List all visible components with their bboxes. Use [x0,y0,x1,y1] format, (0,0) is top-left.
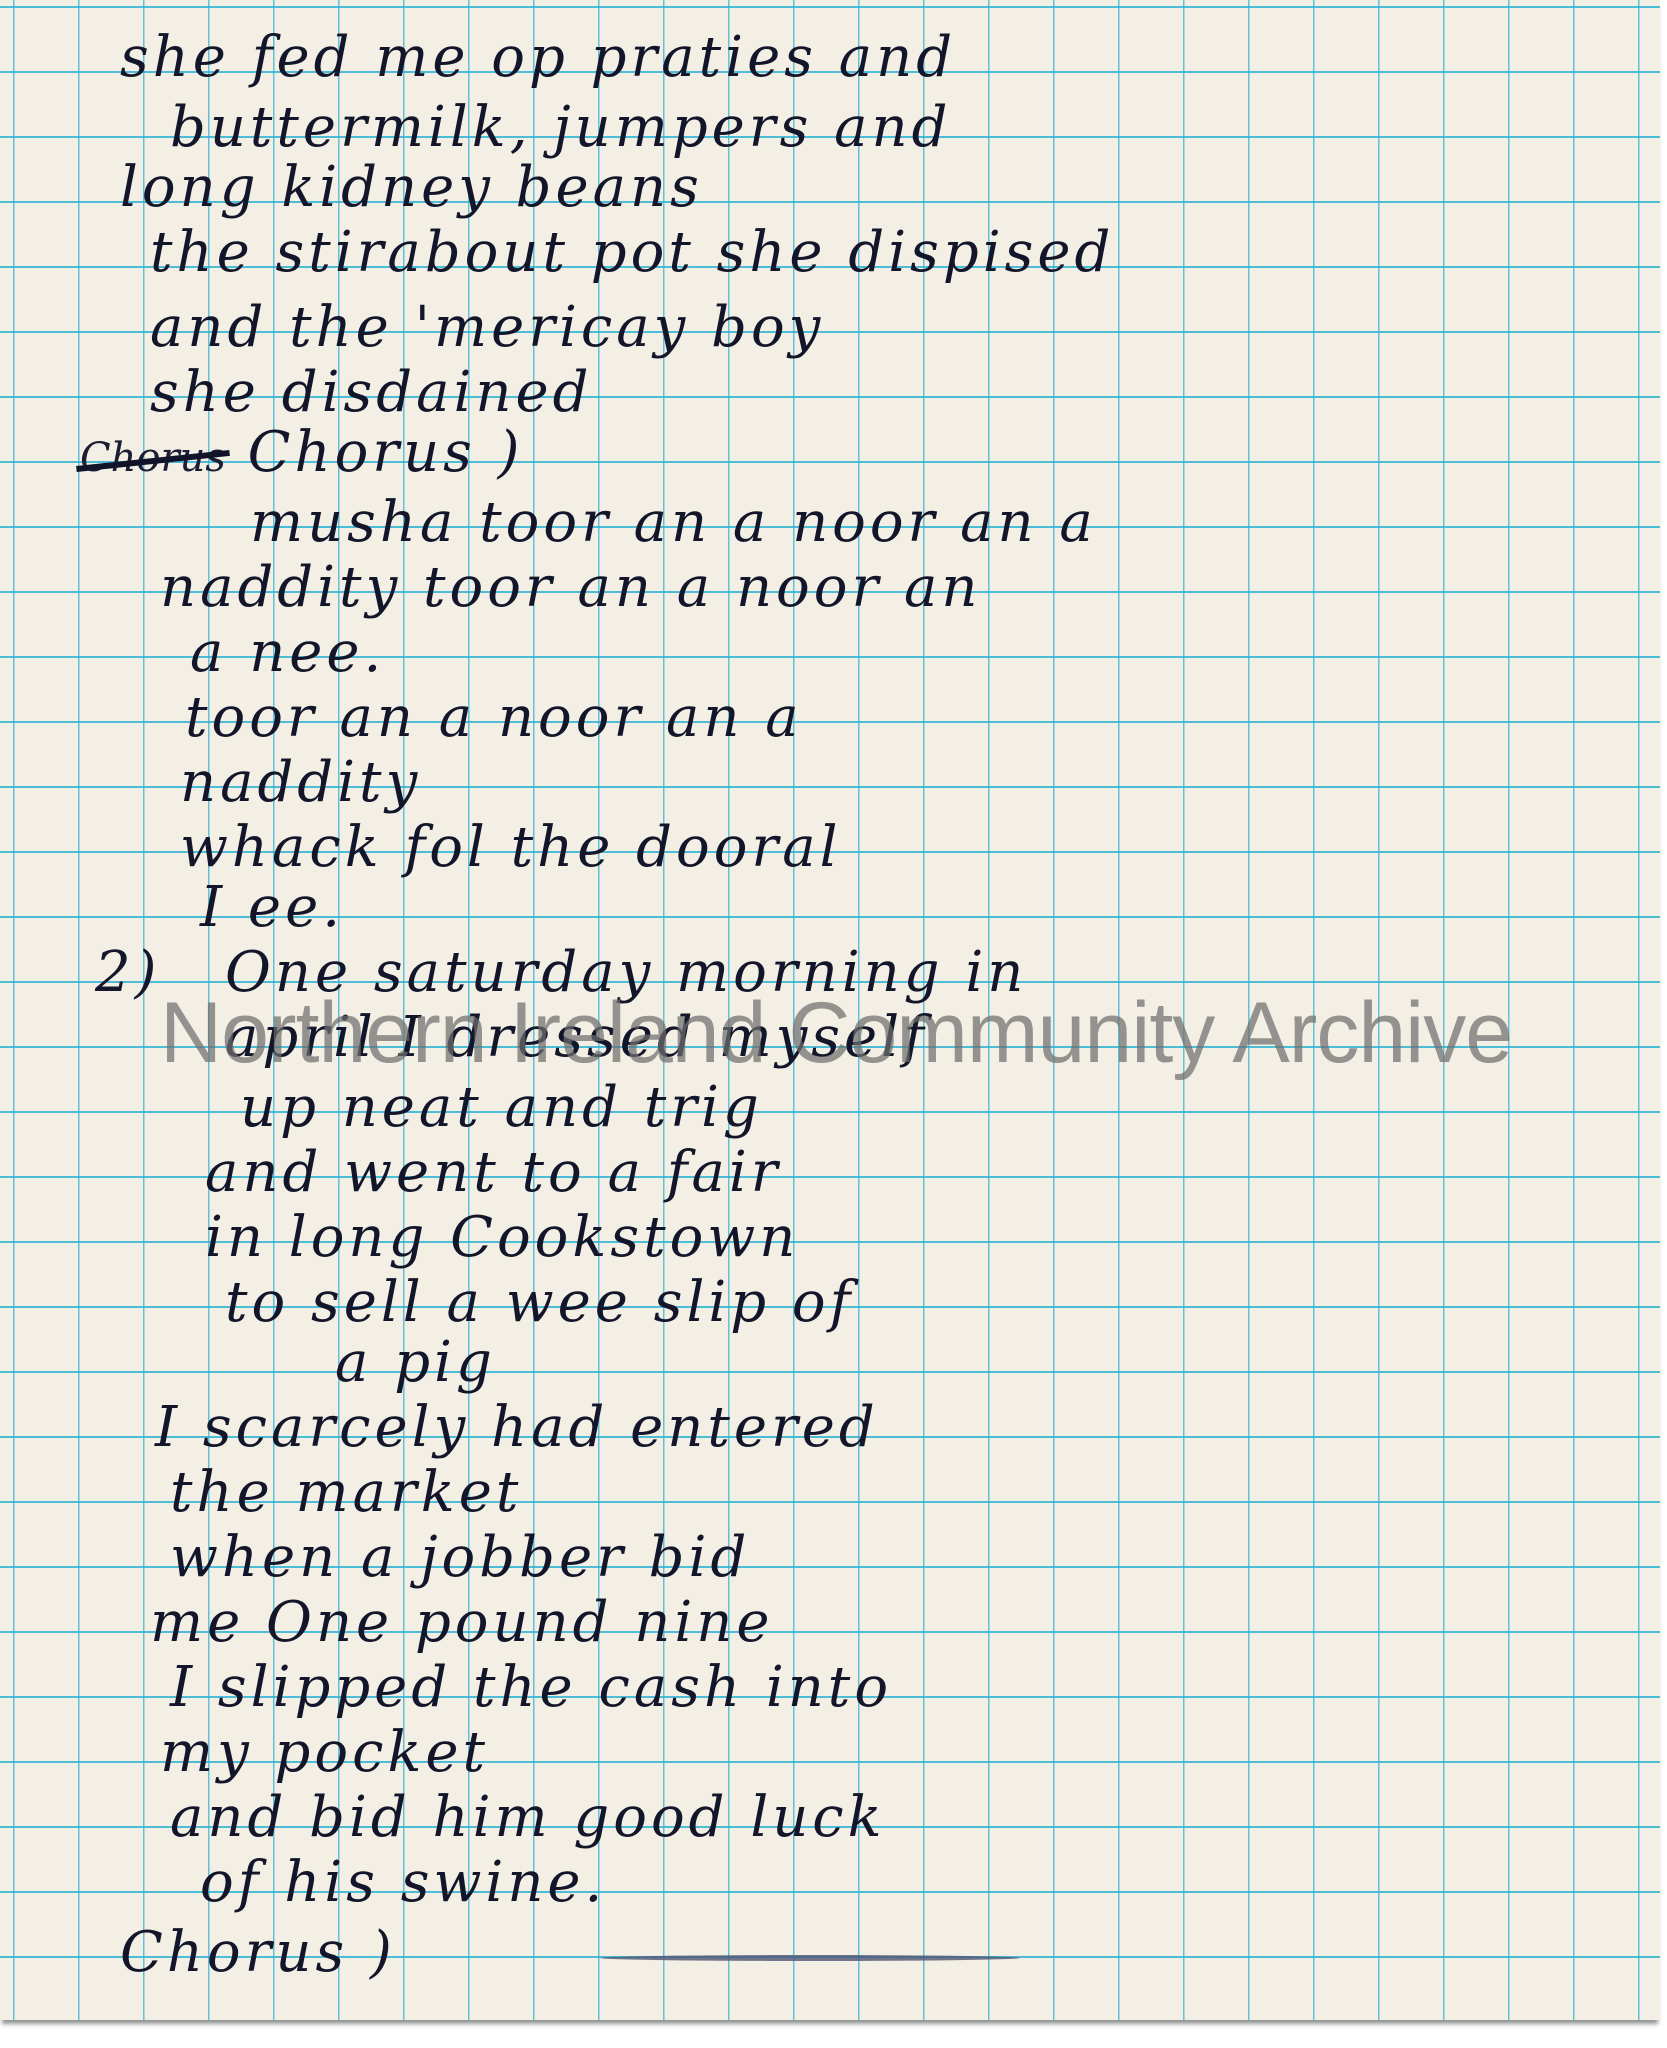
chorus-label-text: Chorus ) [248,420,524,485]
chorus-line: naddity [180,755,421,811]
pen-stroke [600,1955,1020,1961]
chorus-line: musha toor an a noor an a [250,495,1097,551]
chorus-line: I ee. [200,880,344,936]
chorus-line: whack fol the dooral [180,820,842,876]
graph-paper-page: she fed me op praties and buttermilk, ju… [0,0,1660,2020]
struck-out-word: Chorus [80,435,226,481]
chorus-label: Chorus ) [120,1925,396,1981]
lyric-line: I scarcely had entered [155,1400,879,1456]
lyric-line: she disdained [150,365,592,421]
lyric-line: I slipped the cash into [170,1660,892,1716]
lyric-line: me One pound nine [150,1595,774,1651]
lyric-line: long kidney beans [120,160,703,216]
lyric-line: in long Cookstown [205,1210,799,1266]
lyric-line: and bid him good luck [170,1790,886,1846]
lyric-line: and the 'mericay boy [150,300,824,356]
chorus-line: toor an a noor an a [185,690,803,746]
lyric-line: the stirabout pot she dispised [150,225,1114,281]
lyric-line: and went to a fair [205,1145,782,1201]
lyric-line: when a jobber bid [170,1530,750,1586]
lyric-line: of his swine. [200,1855,606,1911]
lyric-line: a pig [335,1335,496,1391]
chorus-line: naddity toor an a noor an [160,560,981,616]
lyric-line: up neat and trig [240,1080,763,1136]
verse-number: 2) [95,945,160,1001]
lyric-line: my pocket [160,1725,489,1781]
lyric-line: the market [170,1465,522,1521]
chorus-label: Chorus Chorus ) [80,425,524,481]
lyric-line: buttermilk, jumpers and [170,100,951,156]
lyric-line: to sell a wee slip of [225,1275,854,1331]
lyric-line: she fed me op praties and [120,30,956,86]
chorus-line: a nee. [190,625,385,681]
watermark: Northern Ireland Community Archive [160,990,1512,1076]
